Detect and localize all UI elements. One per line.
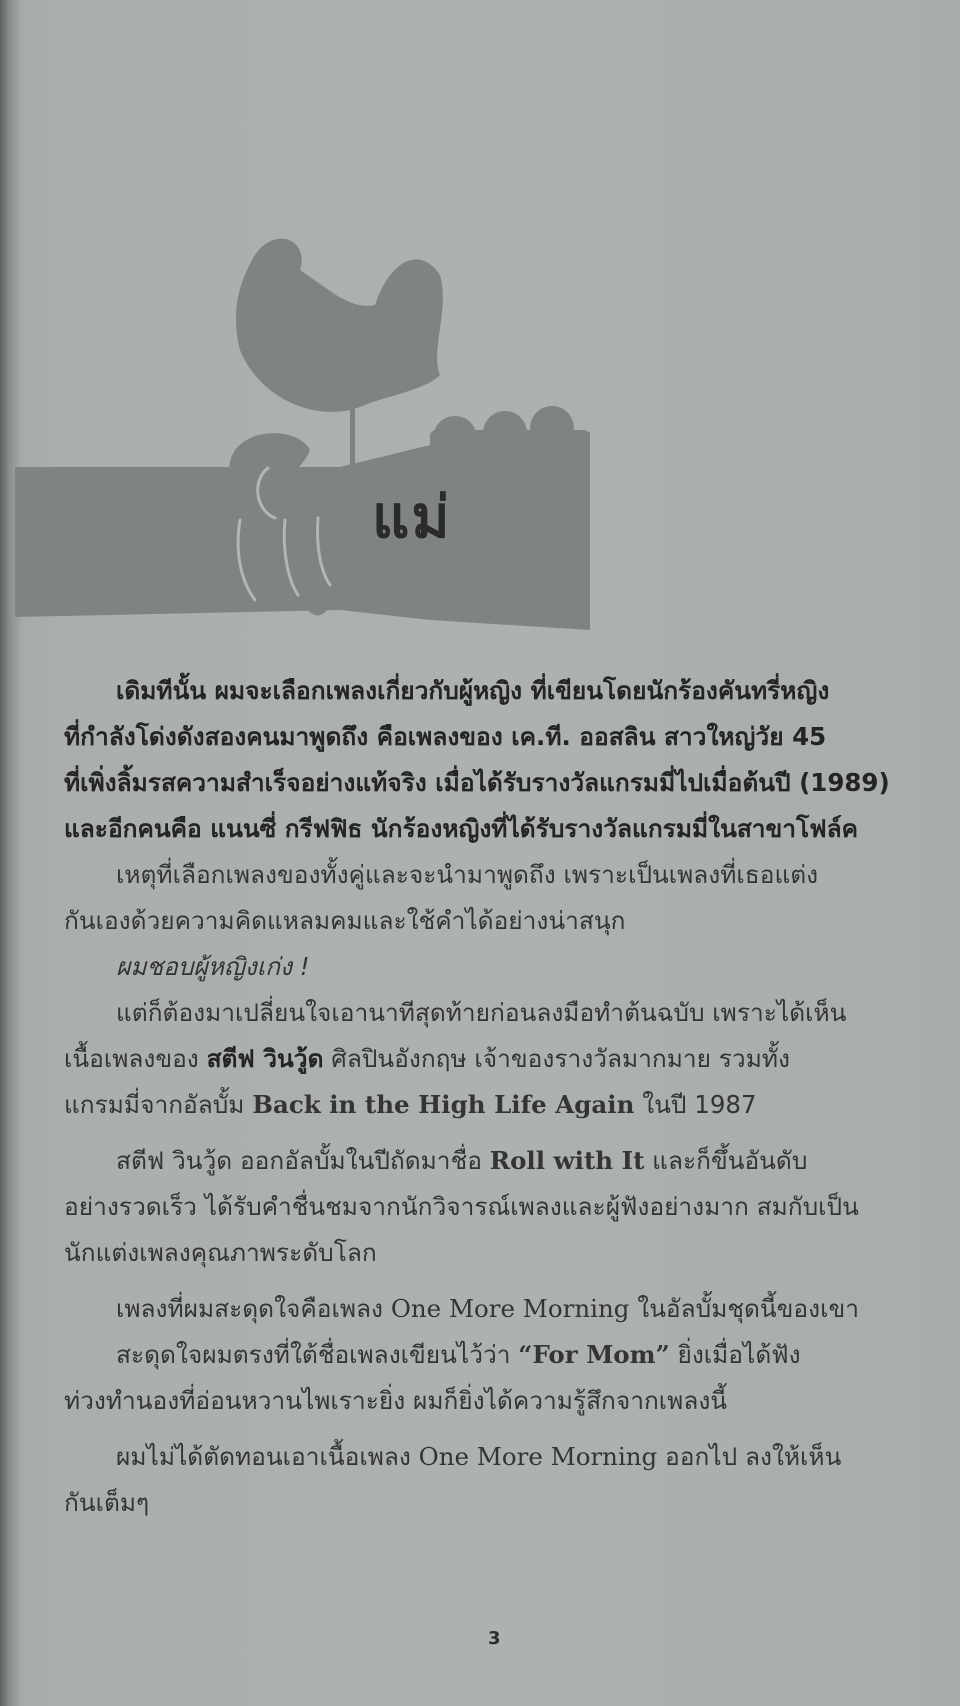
text-line: ผมไม่ได้ตัดทอนเอาเนื้อเพลง One More Morn… bbox=[64, 1434, 934, 1480]
text-span: ในอัลบั้มชุดนี้ของเขา bbox=[629, 1294, 859, 1323]
text-span: สตีฟ วินวู้ด ออกอัลบั้มในปีถัดมาชื่อ bbox=[116, 1146, 490, 1175]
text-span: และก็ขึ้นอันดับ bbox=[644, 1146, 807, 1175]
text-line: แกรมมี่จากอัลบั้ม Back in the High Life … bbox=[64, 1082, 934, 1128]
text-line: ท่วงทำนองที่อ่อนหวานไพเราะยิ่ง ผมก็ยิ่งไ… bbox=[64, 1378, 934, 1424]
page-number: 3 bbox=[488, 1628, 501, 1649]
text-line: แต่ก็ต้องมาเปลี่ยนใจเอานาทีสุดท้ายก่อนลง… bbox=[64, 990, 934, 1036]
song-title: One More Morning bbox=[419, 1442, 658, 1471]
paragraph-4: แต่ก็ต้องมาเปลี่ยนใจเอานาทีสุดท้ายก่อนลง… bbox=[64, 990, 934, 1128]
text-span: แกรมมี่จากอัลบั้ม bbox=[64, 1090, 252, 1119]
text-line: และอีกคนคือ แนนซี่ กรีฟฟิธ นักร้องหญิงที… bbox=[64, 806, 934, 852]
text-span: ยิ่งเมื่อได้ฟัง bbox=[670, 1340, 801, 1369]
song-dedication: “For Mom” bbox=[518, 1340, 669, 1369]
text-line: ผมชอบผู้หญิงเก่ง ! bbox=[64, 944, 934, 990]
text-span: ออกไป ลงให้เห็น bbox=[657, 1442, 841, 1471]
text-line: กันเองด้วยความคิดแหลมคมและใช้คำได้อย่างน… bbox=[64, 898, 934, 944]
text-line: ที่เพิ่งลิ้มรสความสำเร็จอย่างแท้จริง เมื… bbox=[64, 760, 934, 806]
text-line: ที่กำลังโด่งดังสองคนมาพูดถึง คือเพลงของ … bbox=[64, 714, 934, 760]
text-span: เพลงที่ผมสะดุดใจคือเพลง bbox=[116, 1294, 391, 1323]
paragraph-6: เพลงที่ผมสะดุดใจคือเพลง One More Morning… bbox=[64, 1286, 934, 1424]
text-line: เดิมทีนั้น ผมจะเลือกเพลงเกี่ยวกับผู้หญิง… bbox=[64, 668, 934, 714]
text-span: สะดุดใจผมตรงที่ใต้ชื่อเพลงเขียนไว้ว่า bbox=[116, 1340, 518, 1369]
paragraph-1: เดิมทีนั้น ผมจะเลือกเพลงเกี่ยวกับผู้หญิง… bbox=[64, 668, 934, 852]
chapter-title: แม่ bbox=[372, 470, 452, 563]
text-line: สตีฟ วินวู้ด ออกอัลบั้มในปีถัดมาชื่อ Rol… bbox=[64, 1138, 934, 1184]
paragraph-2: เหตุที่เลือกเพลงของทั้งคู่และจะนำมาพูดถึ… bbox=[64, 852, 934, 944]
text-line: กันเต็มๆ bbox=[64, 1480, 934, 1526]
paragraph-3: ผมชอบผู้หญิงเก่ง ! bbox=[64, 944, 934, 990]
text-span: ศิลปินอังกฤษ เจ้าของรางวัลมากมาย รวมทั้ง bbox=[323, 1044, 789, 1073]
artist-name: สตีฟ วินวู้ด bbox=[207, 1044, 324, 1073]
body-text: เดิมทีนั้น ผมจะเลือกเพลงเกี่ยวกับผู้หญิง… bbox=[64, 668, 934, 1526]
text-line: เนื้อเพลงของ สตีฟ วินวู้ด ศิลปินอังกฤษ เ… bbox=[64, 1036, 934, 1082]
album-title: Back in the High Life Again bbox=[252, 1090, 634, 1119]
album-title: Roll with It bbox=[490, 1146, 645, 1175]
bird-on-guitar-icon bbox=[0, 200, 960, 650]
text-span: ในปี 1987 bbox=[634, 1090, 756, 1119]
paragraph-7: ผมไม่ได้ตัดทอนเอาเนื้อเพลง One More Morn… bbox=[64, 1434, 934, 1526]
text-span: เนื้อเพลงของ bbox=[64, 1044, 207, 1073]
text-span: ผมไม่ได้ตัดทอนเอาเนื้อเพลง bbox=[116, 1442, 419, 1471]
text-line: อย่างรวดเร็ว ได้รับคำชื่นชมจากนักวิจารณ์… bbox=[64, 1184, 934, 1230]
book-page: แม่ เดิมทีนั้น ผมจะเลือกเพลงเกี่ยวกับผู้… bbox=[0, 0, 960, 1706]
text-line: สะดุดใจผมตรงที่ใต้ชื่อเพลงเขียนไว้ว่า “F… bbox=[64, 1332, 934, 1378]
paragraph-5: สตีฟ วินวู้ด ออกอัลบั้มในปีถัดมาชื่อ Rol… bbox=[64, 1138, 934, 1276]
text-line: เหตุที่เลือกเพลงของทั้งคู่และจะนำมาพูดถึ… bbox=[64, 852, 934, 898]
text-line: นักแต่งเพลงคุณภาพระดับโลก bbox=[64, 1230, 934, 1276]
text-line: เพลงที่ผมสะดุดใจคือเพลง One More Morning… bbox=[64, 1286, 934, 1332]
song-title: One More Morning bbox=[391, 1294, 630, 1323]
